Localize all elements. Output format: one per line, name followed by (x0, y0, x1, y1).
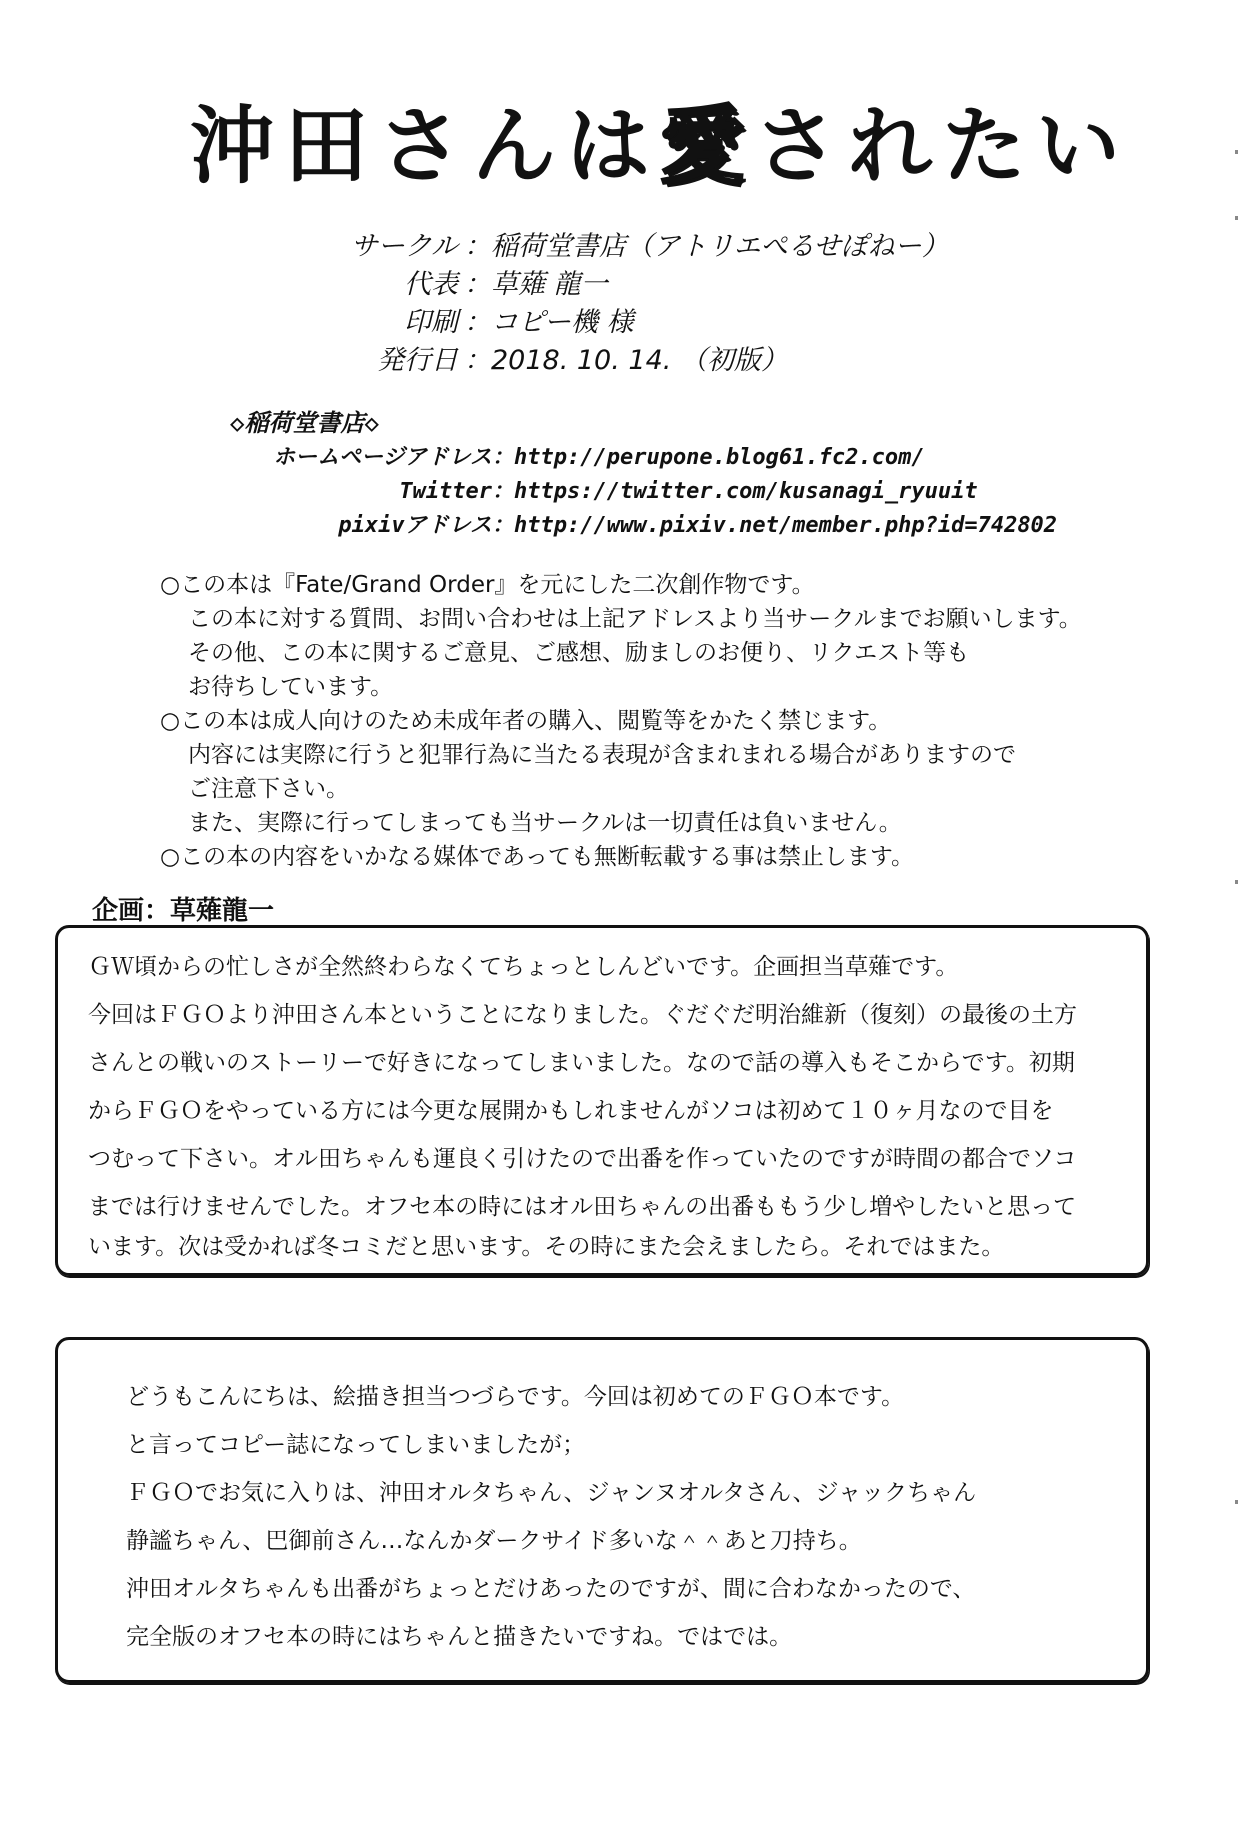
planner-label: 企画：草薙龍一 (92, 890, 274, 927)
notice-line: ご注意下さい。 (160, 772, 1082, 806)
book-title: 沖田さんは愛されたい (190, 96, 1010, 196)
link-label: Twitter (230, 475, 492, 509)
colophon-value: ：草薙 龍一 (464, 266, 608, 304)
scan-speck (1235, 216, 1238, 220)
colophon-row-representative: 代表：草薙 龍一 (330, 266, 949, 304)
notice-line: ○この本の内容をいかなる媒体であっても無断転載する事は禁止します。 (160, 840, 1082, 874)
notices: ○この本は『Fate/Grand Order』を元にした二次創作物です。 この本… (160, 568, 1082, 874)
colophon-row-printing: 印刷：コピー機 様 (330, 304, 949, 342)
notice-line: 内容には実際に行うと犯罪行為に当たる表現が含まれまれる場合がありますので (160, 738, 1082, 772)
colophon-key: サークル (330, 228, 464, 266)
homepage-url[interactable]: ：http://perupone.blog61.fc2.com/ (492, 441, 925, 475)
afterword-line: ＧＷ頃からの忙しさが全然終わらなくてちょっとしんどいです。企画担当草薙です。 (88, 952, 958, 982)
planner-afterword-box: ＧＷ頃からの忙しさが全然終わらなくてちょっとしんどいです。企画担当草薙です。 今… (55, 925, 1149, 1276)
afterword-line: 完全版のオフセ本の時にはちゃんと描きたいですね。ではでは。 (126, 1622, 792, 1652)
link-row-pixiv: pixivアドレス：http://www.pixiv.net/member.ph… (230, 509, 1057, 543)
circle-heading: ◇稲荷堂書店◇ (230, 405, 1057, 441)
colophon-value: ：稲荷堂書店（アトリエぺるせぽねー） (464, 228, 949, 266)
colophon-value: ：コピー機 様 (464, 304, 634, 342)
link-row-homepage: ホームページアドレス：http://perupone.blog61.fc2.co… (230, 441, 1057, 475)
title-before: 沖田さんは (190, 97, 660, 195)
colophon-row-date: 発行日：2018. 10. 14. （初版） (330, 342, 949, 380)
scan-speck (1235, 1500, 1238, 1504)
colophon: サークル：稲荷堂書店（アトリエぺるせぽねー） 代表：草薙 龍一 印刷：コピー機 … (330, 228, 949, 380)
notice-line: その他、この本に関するご意見、ご感想、励ましのお便り、リクエスト等も (160, 636, 1082, 670)
twitter-url[interactable]: ：https://twitter.com/kusanagi_ryuuit (492, 475, 978, 509)
notice-line: お待ちしています。 (160, 670, 1082, 704)
afterword-line: つむって下さい。オル田ちゃんも運良く引けたので出番を作っていたのですが時間の都合… (88, 1144, 1077, 1174)
afterword-line: います。次は受かれば冬コミだと思います。その時にまた会えましたら。それではまた。 (88, 1232, 1004, 1262)
artist-afterword-box: どうもこんにちは、絵描き担当つづらです。今回は初めてのＦＧＯ本です。 と言ってコ… (55, 1337, 1149, 1683)
title-after: されたい (754, 97, 1130, 195)
link-label: ホームページアドレス (230, 441, 492, 475)
afterword-line: と言ってコピー誌になってしまいましたが； (126, 1430, 585, 1460)
afterword-line: 沖田オルタちゃんも出番がちょっとだけあったのですが、間に合わなかったので、 (126, 1574, 975, 1604)
colophon-key: 印刷 (330, 304, 464, 342)
colophon-row-circle: サークル：稲荷堂書店（アトリエぺるせぽねー） (330, 228, 949, 266)
colophon-key: 代表 (330, 266, 464, 304)
colophon-key: 発行日 (330, 342, 464, 380)
notice-line: この本に対する質問、お問い合わせは上記アドレスより当サークルまでお願いします。 (160, 602, 1082, 636)
notice-line: ○この本は『Fate/Grand Order』を元にした二次創作物です。 (160, 568, 1082, 602)
link-row-twitter: Twitter：https://twitter.com/kusanagi_ryu… (230, 475, 1057, 509)
afterword-line: ＦＧＯでお気に入りは、沖田オルタちゃん、ジャンヌオルタさん、ジャックちゃん (126, 1478, 976, 1508)
title-highlight-character: 愛 (660, 96, 754, 196)
circle-info: ◇稲荷堂書店◇ ホームページアドレス：http://perupone.blog6… (230, 405, 1057, 543)
afterword-line: 静謐ちゃん、巴御前さん…なんかダークサイド多いな＾＾あと刀持ち。 (126, 1526, 862, 1556)
link-label: pixivアドレス (230, 509, 492, 543)
afterword-line: 今回はＦＧＯより沖田さん本ということになりました。ぐだぐだ明治維新（復刻）の最後… (88, 1000, 1077, 1030)
afterword-line: どうもこんにちは、絵描き担当つづらです。今回は初めてのＦＧＯ本です。 (126, 1382, 904, 1412)
scan-speck (1235, 150, 1238, 154)
afterword-line: さんとの戦いのストーリーで好きになってしまいました。なので話の導入もそこからです… (88, 1048, 1075, 1078)
afterword-line: からＦＧＯをやっている方には今更な展開かもしれませんがソコは初めて１０ヶ月なので… (88, 1096, 1054, 1126)
scan-speck (1235, 880, 1238, 884)
colophon-value: ：2018. 10. 14. （初版） (464, 342, 788, 380)
notice-line: ○この本は成人向けのため未成年者の購入、閲覧等をかたく禁じます。 (160, 704, 1082, 738)
notice-line: また、実際に行ってしまっても当サークルは一切責任は負いません。 (160, 806, 1082, 840)
pixiv-url[interactable]: ：http://www.pixiv.net/member.php?id=7428… (492, 509, 1057, 543)
afterword-line: までは行けませんでした。オフセ本の時にはオル田ちゃんの出番ももう少し増やしたいと… (88, 1192, 1076, 1222)
